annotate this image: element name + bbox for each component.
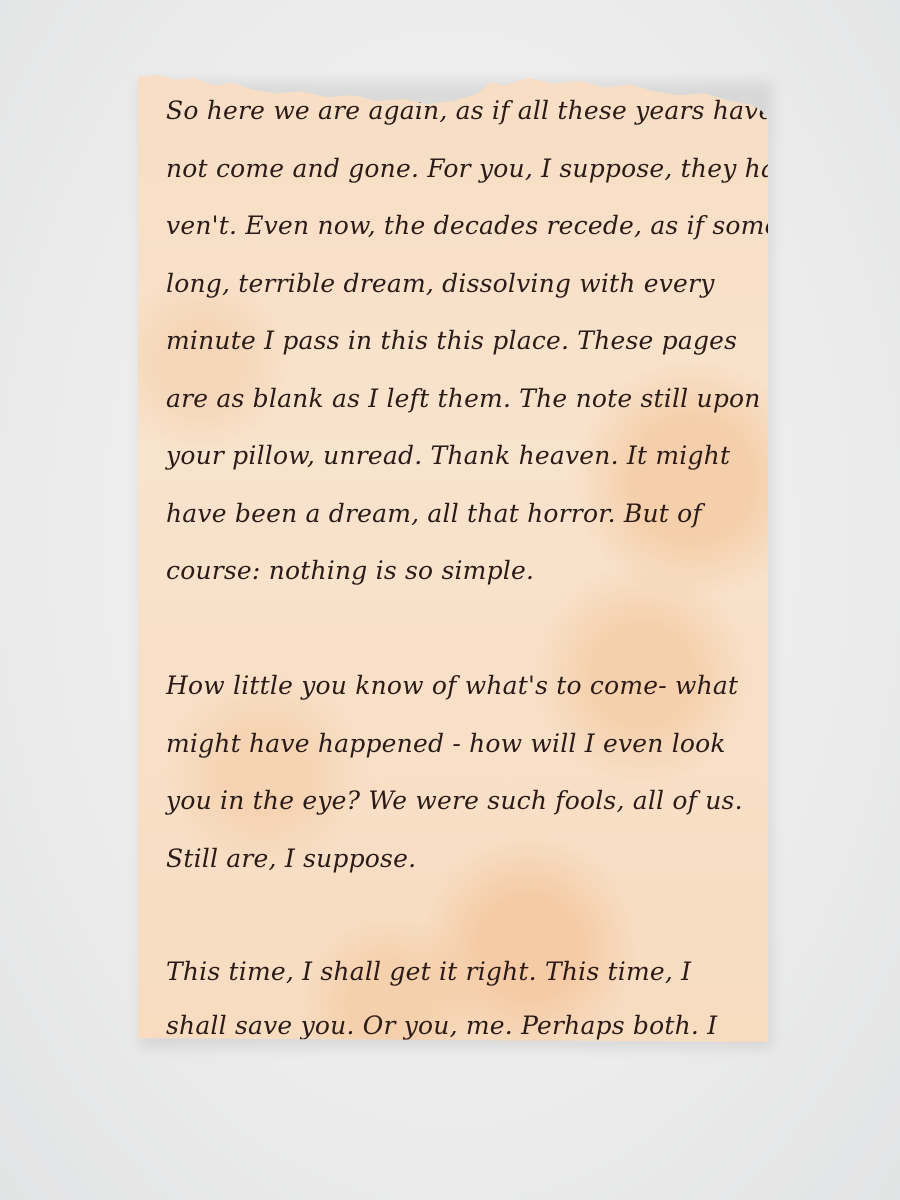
paragraph-1: So here we are again, as if all these ye… bbox=[166, 82, 756, 600]
letter-line: minute I pass in this this place. These … bbox=[166, 312, 756, 370]
paragraph-3: This time, I shall get it right. This ti… bbox=[166, 945, 756, 1107]
letter-line: your pillow, unread. Thank heaven. It mi… bbox=[166, 427, 756, 485]
letter-line: might have happened - how will I even lo… bbox=[166, 715, 756, 773]
paragraph-gap bbox=[166, 600, 756, 658]
letter-line: have been a dream, all that horror. But … bbox=[166, 485, 756, 543]
aged-paper-sheet: So here we are again, as if all these ye… bbox=[138, 72, 768, 1042]
handwritten-letter: So here we are again, as if all these ye… bbox=[166, 82, 756, 1107]
letter-line: How little you know of what's to come- w… bbox=[166, 657, 756, 715]
letter-line: are as blank as I left them. The note st… bbox=[166, 370, 756, 428]
letter-line: course: nothing is so simple. bbox=[166, 542, 756, 600]
letter-line: long, terrible dream, dissolving with ev… bbox=[166, 255, 756, 313]
letter-line: you in the eye? We were such fools, all … bbox=[166, 772, 756, 830]
letter-line: not come and gone. For you, I suppose, t… bbox=[166, 140, 756, 198]
paragraph-gap bbox=[166, 887, 756, 945]
paragraph-2: How little you know of what's to come- w… bbox=[166, 657, 756, 887]
letter-line: Still are, I suppose. bbox=[166, 830, 756, 888]
letter-line: only pray you may never know all I've se… bbox=[166, 1053, 756, 1107]
letter-line: This time, I shall get it right. This ti… bbox=[166, 945, 756, 999]
letter-line: ven't. Even now, the decades recede, as … bbox=[166, 197, 756, 255]
